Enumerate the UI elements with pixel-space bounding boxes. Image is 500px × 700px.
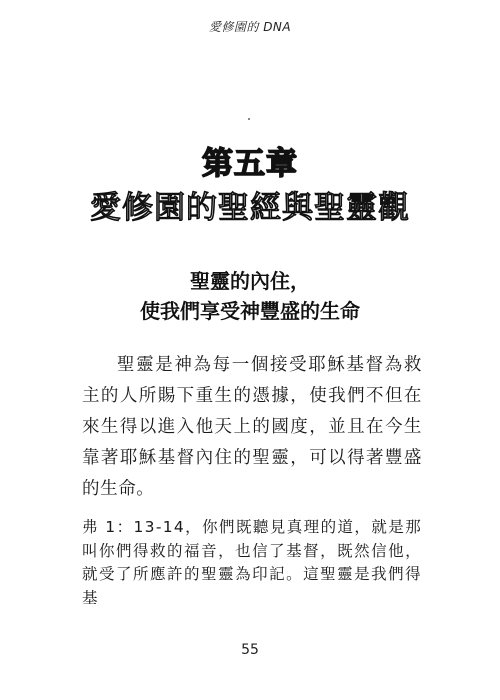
section-heading-line-2: 使我們享受神豐盛的生命 — [0, 296, 500, 326]
section-heading: 聖靈的內住， 使我們享受神豐盛的生命 — [0, 266, 500, 326]
scripture-quote: 弗 1：13-14，你們既聽見真理的道，就是那叫你們得救的福音，也信了基督，既然… — [82, 516, 422, 610]
scripture-reference: 弗 1：13-14， — [82, 518, 202, 536]
body-paragraph: 聖靈是神為每一個接受耶穌基督為救主的人所賜下重生的憑據，使我們不但在來生得以進入… — [82, 350, 422, 505]
section-heading-line-1: 聖靈的內住， — [0, 266, 500, 296]
page-number: 55 — [0, 642, 500, 658]
chapter-number: 第五章 — [0, 146, 500, 182]
running-header: 愛修園的 DNA — [0, 18, 500, 35]
chapter-title: 愛修園的聖經與聖靈觀 — [0, 188, 500, 228]
stray-dot-mark — [248, 118, 250, 120]
